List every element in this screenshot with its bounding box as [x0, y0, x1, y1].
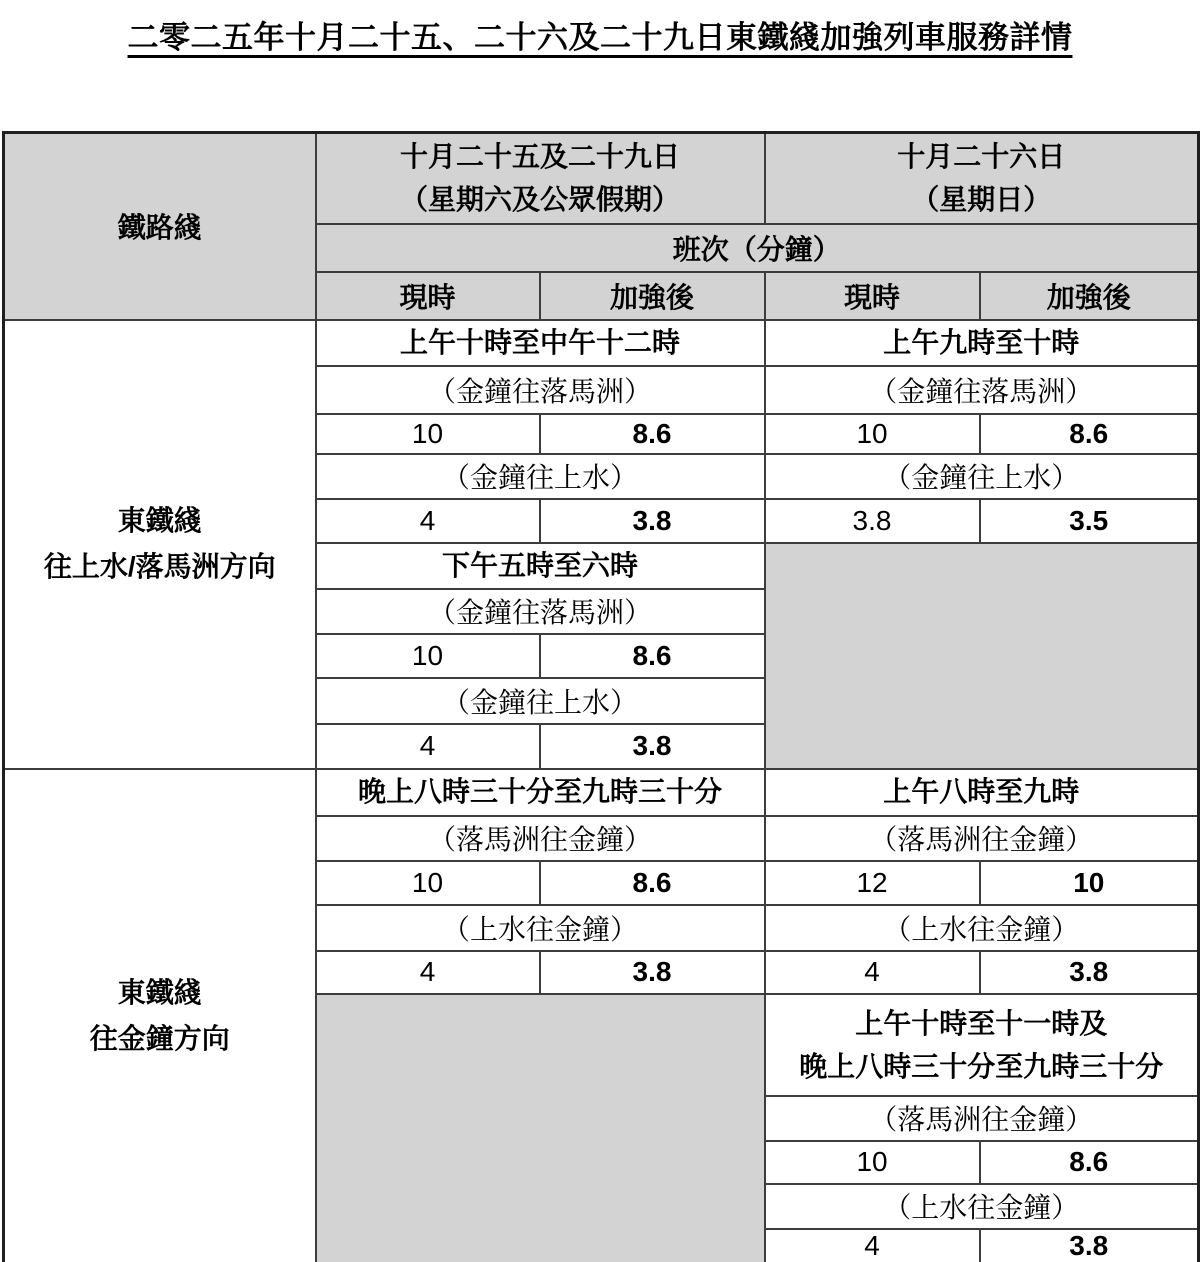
route-cell: （金鐘往落馬洲）: [316, 366, 765, 414]
time-period-cell: 上午十時至十一時及 晚上八時三十分至九時三十分: [765, 994, 1199, 1096]
time-period-cell: 晚上八時三十分至九時三十分: [316, 769, 765, 816]
empty-gray-cell: [316, 994, 765, 1262]
time-period-cell: 下午五時至六時: [316, 543, 765, 589]
route-cell: （金鐘往落馬洲）: [316, 589, 765, 634]
route-cell: （落馬洲往金鐘）: [765, 1096, 1199, 1141]
route-cell: （落馬洲往金鐘）: [765, 816, 1199, 861]
enhanced-value-cell: 3.8: [980, 951, 1199, 994]
current-value-cell: 10: [765, 414, 980, 454]
time-period-cell: 上午十時至中午十二時: [316, 320, 765, 366]
page-title: 二零二五年十月二十五、二十六及二十九日東鐵綫加強列車服務詳情: [0, 12, 1200, 57]
time-period-line1: 上午十時至十一時及: [766, 1002, 1198, 1045]
route-cell: （上水往金鐘）: [316, 905, 765, 951]
railway-line-header: 鐵路綫: [4, 133, 316, 320]
date-oct25-line1: 十月二十五及二十九日: [317, 135, 764, 178]
document-page: 二零二五年十月二十五、二十六及二十九日東鐵綫加強列車服務詳情 鐵路綫 十月二十五…: [0, 0, 1200, 1262]
route-cell: （金鐘往上水）: [316, 678, 765, 724]
route-cell: （金鐘往上水）: [316, 454, 765, 499]
table-row: 東鐵綫 往金鐘方向 晚上八時三十分至九時三十分 上午八時至九時: [4, 769, 1199, 816]
current-value-cell: 10: [316, 861, 540, 905]
enhanced-value-cell: 3.8: [540, 724, 765, 769]
header-row-dates: 鐵路綫 十月二十五及二十九日 （星期六及公眾假期） 十月二十六日 （星期日）: [4, 133, 1199, 224]
current-value-cell: 3.8: [765, 499, 980, 543]
enhanced-header-oct25: 加強後: [540, 272, 765, 320]
table-row: 東鐵綫 往上水/落馬洲方向 上午十時至中午十二時 上午九時至十時: [4, 320, 1199, 366]
enhanced-value-cell: 8.6: [980, 414, 1199, 454]
section-label-line2: 往上水/落馬洲方向: [5, 544, 315, 590]
current-value-cell: 10: [316, 414, 540, 454]
route-cell: （落馬洲往金鐘）: [316, 816, 765, 861]
section-label-northbound: 東鐵綫 往上水/落馬洲方向: [4, 320, 316, 769]
date-oct26-line1: 十月二十六日: [766, 135, 1198, 178]
current-value-cell: 4: [316, 724, 540, 769]
enhanced-value-cell: 8.6: [540, 861, 765, 905]
date-oct25-line2: （星期六及公眾假期）: [317, 178, 764, 221]
current-header-oct25: 現時: [316, 272, 540, 320]
enhanced-value-cell: 3.8: [540, 499, 765, 543]
time-period-line2: 晚上八時三十分至九時三十分: [766, 1045, 1198, 1088]
enhanced-value-cell: 3.5: [980, 499, 1199, 543]
section-label-line1: 東鐵綫: [5, 498, 315, 544]
enhanced-value-cell: 8.6: [540, 414, 765, 454]
current-value-cell: 4: [316, 499, 540, 543]
enhanced-header-oct26: 加強後: [980, 272, 1199, 320]
enhanced-value-cell: 10: [980, 861, 1199, 905]
date-header-oct25-29: 十月二十五及二十九日 （星期六及公眾假期）: [316, 133, 765, 224]
route-cell: （上水往金鐘）: [765, 1184, 1199, 1229]
date-oct26-line2: （星期日）: [766, 178, 1198, 221]
route-cell: （金鐘往上水）: [765, 454, 1199, 499]
current-header-oct26: 現時: [765, 272, 980, 320]
enhanced-value-cell: 8.6: [540, 634, 765, 678]
section-label-line1: 東鐵綫: [5, 970, 315, 1016]
section-label-southbound: 東鐵綫 往金鐘方向: [4, 769, 316, 1262]
frequency-unit-header: 班次（分鐘）: [316, 224, 1199, 272]
route-cell: （上水往金鐘）: [765, 905, 1199, 951]
section-label-line2: 往金鐘方向: [5, 1016, 315, 1062]
current-value-cell: 4: [765, 951, 980, 994]
time-period-cell: 上午八時至九時: [765, 769, 1199, 816]
current-value-cell: 10: [316, 634, 540, 678]
route-cell: （金鐘往落馬洲）: [765, 366, 1199, 414]
current-value-cell: 4: [765, 1229, 980, 1262]
train-service-table: 鐵路綫 十月二十五及二十九日 （星期六及公眾假期） 十月二十六日 （星期日） 班…: [2, 131, 1200, 1262]
current-value-cell: 10: [765, 1141, 980, 1184]
enhanced-value-cell: 3.8: [980, 1229, 1199, 1262]
time-period-cell: 上午九時至十時: [765, 320, 1199, 366]
date-header-oct26: 十月二十六日 （星期日）: [765, 133, 1199, 224]
enhanced-value-cell: 8.6: [980, 1141, 1199, 1184]
current-value-cell: 4: [316, 951, 540, 994]
enhanced-value-cell: 3.8: [540, 951, 765, 994]
empty-gray-cell: [765, 543, 1199, 769]
current-value-cell: 12: [765, 861, 980, 905]
